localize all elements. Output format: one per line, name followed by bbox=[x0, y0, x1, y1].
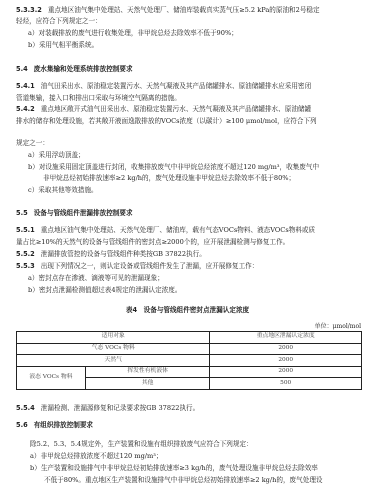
section-5-6-item-b-line1: b）生产装置和设施排气中非甲烷总烃初始排放速率≥3 kg/h的，废气处理设施非甲… bbox=[30, 465, 318, 472]
clause-5-5-3-item-a: a）密封点存在渗液、滴液等可见的泄漏现象； bbox=[28, 275, 164, 282]
clause-5-4-1-line2: 管道集输，接入口和排出口采取与环境空气隔离的措施。 bbox=[16, 95, 181, 102]
header-concentration: 重点地区泄漏认定浓度 bbox=[210, 332, 362, 344]
table-4-unit: 单位：μmol/mol bbox=[315, 324, 361, 330]
clause-5-3-3-2-item-b: b）采用气相平衡系统。 bbox=[28, 42, 98, 49]
clause-5-5-1-line2: 量占比≥10%的天然气的设备与管线组件的密封点≥2000个的，应开展泄漏检测与修… bbox=[16, 239, 289, 246]
row-object: 挥发性有机液体 bbox=[85, 366, 210, 378]
clause-5-5-1-line1: 5.5.1重点地区油气集中处理站、天然气处理厂、储油库，载有气态VOCs物料、液… bbox=[16, 227, 315, 234]
clause-5-5-2: 5.5.2泄漏排放管控的设备与管线组件种类按GB 37822执行。 bbox=[16, 251, 206, 258]
section-5-6-heading: 5.6有组织排放控制要求 bbox=[16, 422, 93, 429]
row-value: 2000 bbox=[210, 366, 362, 378]
clause-5-4-2-item-b-line2: 非甲烷总烃初始排放速率≥2 kg/h的，废气处理设施非甲烷总烃去除效率不低于80… bbox=[43, 175, 295, 182]
clause-5-4-1-line1: 5.4.1油气田采出水、原油稳定装置污水、天然气凝液及其产品储罐排水、原油储罐排… bbox=[16, 83, 311, 90]
row-object: 气态 VOCs 物料 bbox=[17, 343, 210, 355]
section-5-6-intro: 除5.2、5.3、5.4规定外，生产装置和设施有组织排放废气应符合下列规定： bbox=[30, 441, 253, 448]
section-5-6-item-a: a）非甲烷总烃排放浓度不超过120 mg/m³； bbox=[30, 453, 163, 460]
table-row: 液态 VOCs 物料 挥发性有机液体 2000 bbox=[17, 366, 362, 378]
clause-5-4-2-item-b-line1: b）对设施采用固定顶盖进行封闭，收集排放废气中非甲烷总烃浓度不超过120 mg/… bbox=[28, 164, 319, 171]
clause-5-3-3-2-item-a: a）对装载排放的废气进行收集处理，非甲烷总烃去除效率不低于90%； bbox=[28, 30, 238, 37]
table-row: 天然气 2000 bbox=[17, 355, 362, 367]
table-4-caption: 表4 设备与管线组件密封点泄漏认定浓度 bbox=[0, 307, 375, 314]
header-object: 适用对象 bbox=[17, 332, 210, 344]
row-object: 其他 bbox=[85, 378, 210, 390]
row-value: 500 bbox=[210, 378, 362, 390]
section-5-6-item-b-line2: 不低于80%。重点地区生产装置和设施排气中非甲烷总烃初始排放速率≥2 kg/h的… bbox=[44, 477, 323, 484]
clause-5-5-4: 5.5.4泄漏检测、泄漏源修复和记录要求按GB 37822执行。 bbox=[16, 405, 199, 412]
clause-5-4-2-item-c: c）采取其他等效措施。 bbox=[28, 187, 98, 194]
section-5-5-heading: 5.5设备与管线组件泄漏排放控制要求 bbox=[16, 210, 133, 217]
section-5-4-heading: 5.4废水集输和处理系统排放控制要求 bbox=[16, 66, 133, 73]
clause-5-3-3-2-line1: 5.3.3.2重点地区油气集中处理站、天然气处理厂、储油库装载真实蒸气压≥5.2… bbox=[16, 7, 320, 14]
clause-5-3-3-2-line2: 轻烃，应符合下列规定之一： bbox=[16, 18, 102, 25]
row-group: 液态 VOCs 物料 bbox=[17, 366, 86, 389]
row-value: 2000 bbox=[210, 355, 362, 367]
clause-5-4-2-item-a: a）采用浮动顶盖； bbox=[28, 152, 85, 159]
table-row: 气态 VOCs 物料 2000 bbox=[17, 343, 362, 355]
clause-5-4-2-line2: 排水的储存和处理设施，若其敞开液面逸散排放的VOCs浓度（以碳计）≥100 μm… bbox=[16, 118, 317, 125]
row-value: 2000 bbox=[210, 343, 362, 355]
row-object: 天然气 bbox=[17, 355, 210, 367]
clause-5-4-2-line1: 5.4.2重点地区敞开式油气田采出水、原油稳定装置污水、天然气凝液及其产品储罐排… bbox=[16, 106, 311, 113]
table-header-row: 适用对象 重点地区泄漏认定浓度 bbox=[17, 332, 362, 344]
clause-5-5-3: 5.5.3出现下列情况之一，则认定设备或管线组件发生了泄漏，应开展修复工作： bbox=[16, 263, 258, 270]
clause-5-5-3-item-b: b）密封点泄漏检测值超过表4规定的泄漏认定浓度。 bbox=[28, 287, 181, 294]
table-4: 适用对象 重点地区泄漏认定浓度 气态 VOCs 物料 2000 天然气 2000… bbox=[16, 331, 362, 390]
clause-5-4-2-line3: 规定之一： bbox=[16, 140, 49, 147]
